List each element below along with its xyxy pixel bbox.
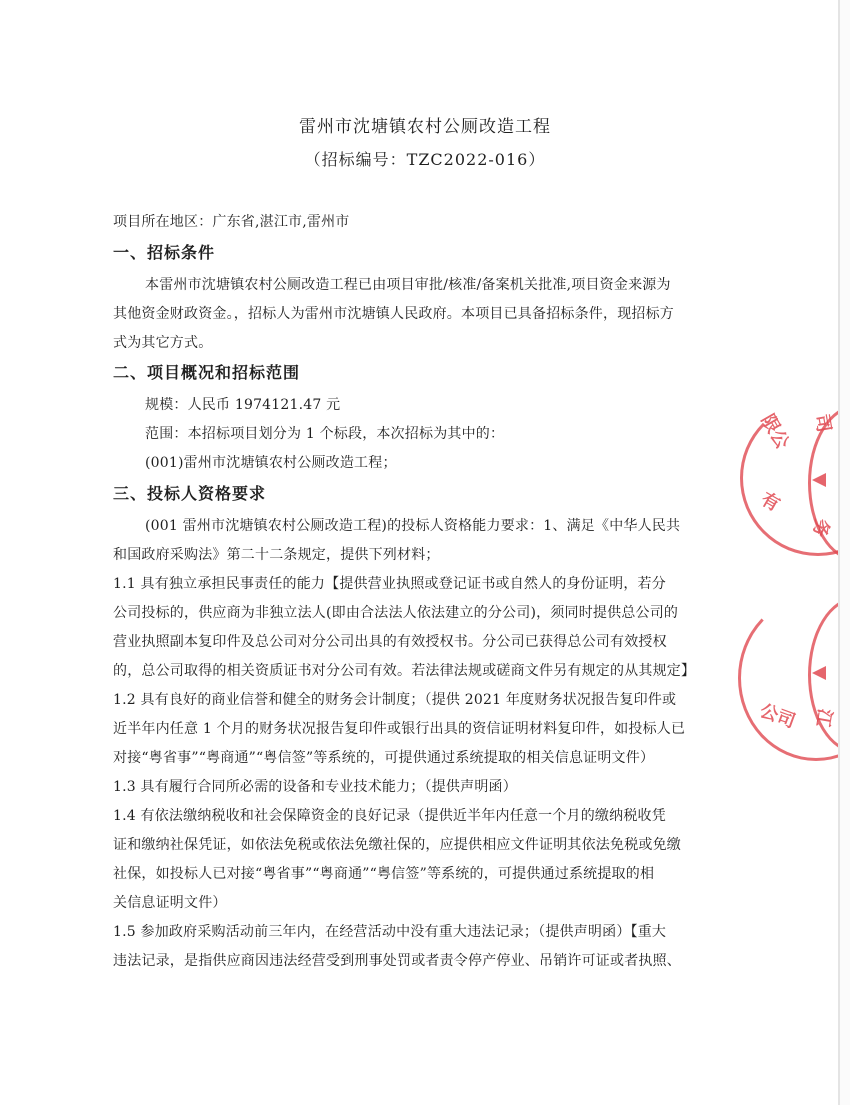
project-location: 项目所在地区：广东省,湛江市,雷州市 [113,211,350,231]
paragraph-line: 对接“粤省事”“粤商通”“粤信签”等系统的，可提供通过系统提取的相关信息证明文件… [113,747,654,767]
paragraph-line: 1.5 参加政府采购活动前三年内，在经营活动中没有重大违法记录；（提供声明函）【… [113,921,666,941]
section-heading-2: 二、项目概况和招标范围 [113,360,300,383]
section-heading-3: 三、投标人资格要求 [113,481,266,504]
page-margin [840,0,850,1105]
document-title: 雷州市沈塘镇农村公厕改造工程 [0,112,850,137]
scale-line: 规模：人民币 1974121.47 元 [145,394,340,414]
document-page: 雷州市沈塘镇农村公厕改造工程 （招标编号：TZC2022-016） 项目所在地区… [0,0,838,1105]
paragraph-line: 证和缴纳社保凭证，如依法免税或依法免缴社保的，应提供相应文件证明其依法免税或免缴 [113,834,681,854]
paragraph-line: 1.2 具有良好的商业信誉和健全的财务会计制度；（提供 2021 年度财务状况报… [113,689,676,709]
tender-number: （招标编号：TZC2022-016） [0,147,850,170]
paragraph-line: 和国政府采购法》第二十二条规定，提供下列材料； [113,544,440,564]
paragraph-line: 公司投标的，供应商为非独立法人(即由合法法人依法建立的分公司)，须同时提供总公司… [113,602,678,622]
paragraph-line: 1.1 具有独立承担民事责任的能力【提供营业执照或登记证书或自然人的身份证明，若… [113,573,666,593]
lot-line: (001)雷州市沈塘镇农村公厕改造工程； [145,452,397,472]
paragraph-line: 近半年内任意 1 个月的财务状况报告复印件或银行出具的资信证明材料复印件，如投标… [113,718,685,738]
paragraph-line: 式为其它方式。 [113,332,212,352]
paragraph-line: 其他资金财政资金。，招标人为雷州市沈塘镇人民政府。本项目已具备招标条件，现招标方 [113,303,674,323]
paragraph-line: 营业执照副本复印件及总公司对分公司出具的有效授权书。分公司已获得总公司有效授权 [113,631,667,651]
paragraph-line: 社保，如投标人已对接“粤省事”“粤商通”“粤信签”等系统的，可提供通过系统提取的… [113,863,654,883]
seal-star-icon [812,473,826,487]
section-heading-1: 一、招标条件 [113,240,215,263]
paragraph-line: 关信息证明文件） [113,892,227,912]
paragraph-line: 的，总公司取得的相关资质证书对分公司有效。若法律法规或磋商文件另有规定的从其规定… [113,660,695,680]
paragraph-line: (001 雷州市沈塘镇农村公厕改造工程)的投标人资格能力要求：1、满足《中华人民… [145,515,680,535]
paragraph-line: 1.3 具有履行合同所必需的设备和专业技术能力；（提供声明函） [113,776,517,796]
scope-line: 范围：本招标项目划分为 1 个标段，本次招标为其中的： [145,423,504,443]
paragraph-line: 违法记录，是指供应商因违法经营受到刑事处罚或者责令停产停业、吊销许可证或者执照、 [113,950,681,970]
paragraph-line: 本雷州市沈塘镇农村公厕改造工程已由项目审批/核准/备案机关批准,项目资金来源为 [145,274,671,294]
paragraph-line: 1.4 有依法缴纳税收和社会保障资金的良好记录（提供近半年内任意一个月的缴纳税收… [113,805,666,825]
seal-star-icon [812,666,826,680]
